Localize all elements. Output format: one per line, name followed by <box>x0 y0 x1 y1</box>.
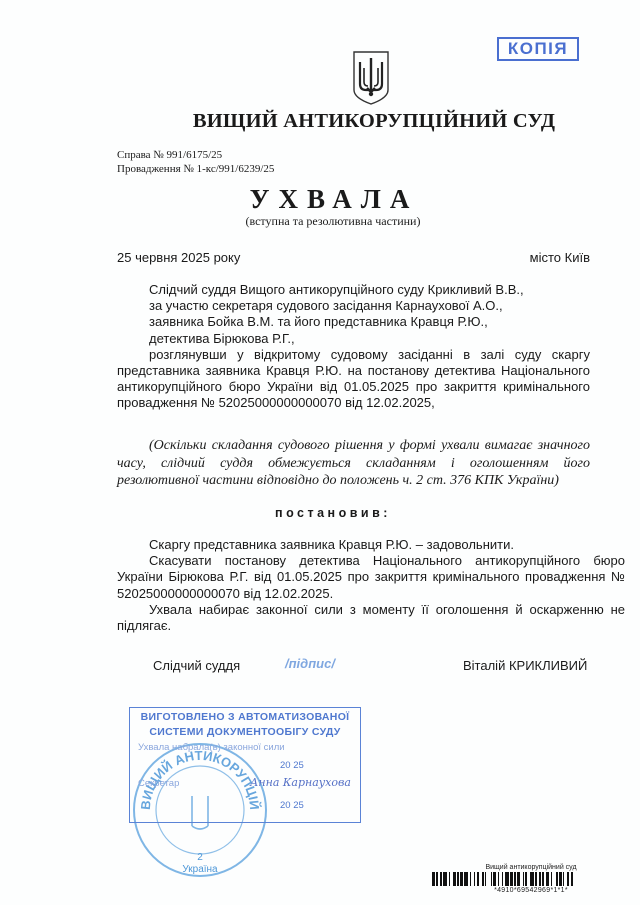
barcode-block: Вищий антикорупційний суд *4910*69542969… <box>432 864 630 894</box>
court-name: ВИЩИЙ АНТИКОРУПЦІЙНИЙ СУД <box>0 110 640 133</box>
document-date: 25 червня 2025 року <box>117 250 240 265</box>
signature-role: Слідчий суддя <box>153 658 240 673</box>
barcode-icon <box>432 872 630 886</box>
intro-line: детектива Бірюкова Р.Г., <box>117 331 590 347</box>
stamp-line-secretary: Секретар <box>138 778 179 789</box>
seal-number: 2 <box>197 852 203 863</box>
proceeding-number: Провадження № 1-кс/991/6239/25 <box>117 162 274 176</box>
intro-paragraph: розглянувши у відкритому судовому засіда… <box>117 347 590 412</box>
stamp-header-line2: СИСТЕМИ ДОКУМЕНТООБІГУ СУДУ <box>130 726 360 738</box>
resolution-item: Скасувати постанову детектива Національн… <box>117 553 625 602</box>
barcode-caption: Вищий антикорупційний суд <box>432 864 630 871</box>
document-subtitle: (вступна та резолютивна частини) <box>0 214 640 229</box>
intro-line: за участю секретаря судового засідання К… <box>117 298 590 314</box>
copy-stamp: КОПІЯ <box>497 37 579 61</box>
stamp-line-legal-force: Ухвала набрала(в) законної сили <box>138 742 285 753</box>
automated-system-stamp: ВИГОТОВЛЕНО З АВТОМАТИЗОВАНОЇ СИСТЕМИ ДО… <box>129 707 361 823</box>
intro-section: Слідчий суддя Вищого антикорупційного су… <box>117 282 590 412</box>
resolution-section: Скаргу представника заявника Кравця Р.Ю.… <box>117 537 625 634</box>
note-section: (Оскільки складання судового рішення у ф… <box>117 437 590 490</box>
case-numbers: Справа № 991/6175/25 Провадження № 1-кс/… <box>117 148 274 176</box>
resolution-item: Ухвала набирає законної сили з моменту ї… <box>117 602 625 634</box>
coat-of-arms-icon <box>352 50 390 106</box>
note-paragraph: (Оскільки складання судового рішення у ф… <box>117 437 590 490</box>
seal-country: Україна <box>182 864 218 875</box>
stamp-year-1: 20 25 <box>280 760 304 771</box>
signature-mark: /підпис/ <box>285 656 335 671</box>
document-title: УХВАЛА <box>0 184 640 215</box>
signature-name: Віталій КРИКЛИВИЙ <box>463 658 587 673</box>
stamp-year-2: 20 25 <box>280 800 304 811</box>
resolution-item: Скаргу представника заявника Кравця Р.Ю.… <box>117 537 625 553</box>
intro-line: Слідчий суддя Вищого антикорупційного су… <box>117 282 590 298</box>
barcode-number: *4910*69542969*1*1* <box>432 887 630 894</box>
ruled-heading: постановив: <box>0 506 640 520</box>
intro-line: заявника Бойка В.М. та його представника… <box>117 314 590 330</box>
stamp-handwritten-name: Анна Карнаухова <box>250 776 351 789</box>
case-number: Справа № 991/6175/25 <box>117 148 274 162</box>
stamp-header-line1: ВИГОТОВЛЕНО З АВТОМАТИЗОВАНОЇ <box>130 711 360 723</box>
document-city: місто Київ <box>530 250 590 265</box>
